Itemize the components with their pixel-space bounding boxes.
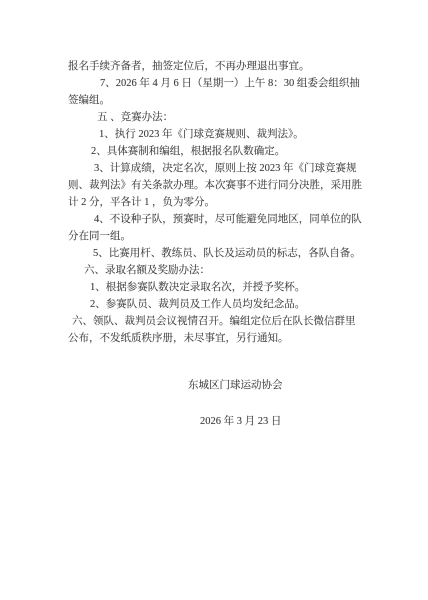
document-line: 计 2 分，平各计 1 ，负为零分。	[68, 194, 378, 211]
document-line: 2、具体赛制和编组，根据报名队数确定。	[68, 143, 378, 160]
document-body: 报名手续齐备者，抽签定位后，不再办理退出事宜。7、2026 年 4 月 6 日（…	[68, 58, 378, 347]
signature-date: 2026 年 3 月 23 日	[200, 413, 281, 430]
document-line: 1、根据参赛队数决定录取名次，并授予奖杯。	[68, 279, 378, 296]
document-line: 五 、竞赛办法：	[68, 109, 378, 126]
document-line: 5、比赛用杆、教练员、队长及运动员的标志，各队自备。	[68, 245, 378, 262]
document-line: 2、参赛队员、裁判员及工作人员均发纪念品。	[68, 296, 378, 313]
signature-org: 东城区门球运动协会	[188, 377, 283, 394]
document-line: 六、领队、裁判员会议视情召开。编组定位后在队长微信群里	[68, 313, 378, 330]
document-line: 1、执行 2023 年《门球竞赛规则、裁判法》。	[68, 126, 378, 143]
document-line: 签编组。	[68, 92, 378, 109]
document-line: 公布，不发纸质秩序册，未尽事宜，另行通知。	[68, 330, 378, 347]
document-page: 报名手续齐备者，抽签定位后，不再办理退出事宜。7、2026 年 4 月 6 日（…	[0, 0, 428, 600]
document-line: 3、计算成绩，决定名次，原则上按 2023 年《门球竞赛规	[68, 160, 378, 177]
document-line: 六、录取名额及奖励办法：	[68, 262, 378, 279]
document-line: 7、2026 年 4 月 6 日（星期一）上午 8：30 组委会组织抽	[68, 75, 378, 92]
document-line: 则、裁判法》有关条款办理。本次赛事不进行同分决胜，采用胜	[68, 177, 378, 194]
document-line: 4、不设种子队，预赛时，尽可能避免同地区，同单位的队	[68, 211, 378, 228]
document-line: 分在同一组。	[68, 228, 378, 245]
document-line: 报名手续齐备者，抽签定位后，不再办理退出事宜。	[68, 58, 378, 75]
